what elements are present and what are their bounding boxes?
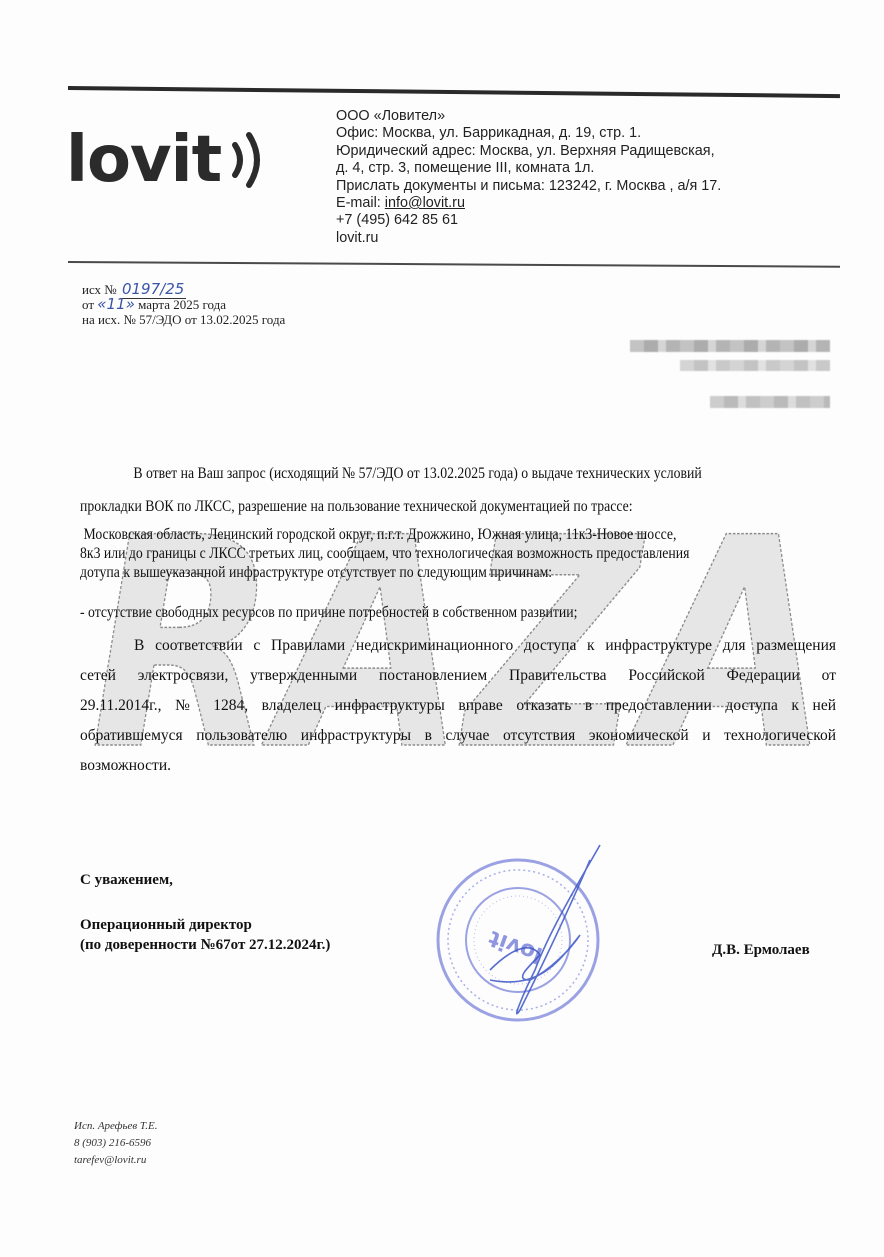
- header-top-rule: [68, 86, 840, 98]
- redacted-recipient-line-3: [710, 396, 830, 408]
- company-details: ООО «Ловител» Офис: Москва, ул. Баррикад…: [336, 108, 721, 247]
- company-website[interactable]: lovit.ru: [336, 230, 721, 247]
- para3-line-4: обратившемуся пользователю инфраструктур…: [80, 721, 836, 751]
- closing-salutation: С уважением,: [80, 872, 173, 889]
- para1-line-1: В ответ на Ваш запрос (исходящий № 57/ЭД…: [80, 464, 837, 484]
- executor-email[interactable]: tarefev@lovit.ru: [74, 1152, 158, 1169]
- para2-line-3: дотупа к вышеуказанной инфраструктуре от…: [80, 563, 837, 582]
- signer-name: Д.В. Ермолаев: [712, 942, 810, 959]
- logo-wordmark: lovit: [66, 128, 221, 192]
- svg-text:lovit: lovit: [485, 925, 546, 967]
- company-logo: lovit: [66, 128, 269, 192]
- header-bottom-rule: [68, 261, 840, 268]
- redacted-recipient-line-2: [680, 360, 830, 371]
- para3-line-3: 29.11.2014г., № 1284, владелец инфрастру…: [80, 691, 836, 721]
- para1-line-2: прокладки ВОК по ЛКСС, разрешение на пол…: [80, 497, 837, 517]
- paragraph-request: В ответ на Ваш запрос (исходящий № 57/ЭД…: [80, 464, 837, 484]
- executor-contact: Исп. Арефьев Т.Е. 8 (903) 216-6596 taref…: [74, 1118, 158, 1169]
- executor-phone: 8 (903) 216-6596: [74, 1135, 158, 1152]
- para2-line-1: Московская область, Ленинский городской …: [80, 525, 837, 544]
- legal-address-line-2: д. 4, стр. 3, помещение III, комната 1л.: [336, 160, 721, 177]
- para3-line-1: В соответствии с Правилами недискриминац…: [80, 631, 836, 661]
- signer-position: Операционный директор: [80, 917, 252, 934]
- date-prefix: от: [82, 297, 94, 312]
- handwritten-day: «11»: [97, 295, 135, 313]
- paragraph-route: Московская область, Ленинский городской …: [80, 525, 837, 582]
- reply-reference: на исх. № 57/ЭДО от 13.02.2025 года: [82, 312, 285, 327]
- company-stamp: lovit: [430, 840, 620, 1030]
- mailing-address: Прислать документы и письма: 123242, г. …: [336, 178, 721, 195]
- refusal-reason: - отсутствие свободных ресурсов по причи…: [80, 603, 837, 622]
- letter-page: lovit ООО «Ловител» Офис: Москва, ул. Ба…: [0, 0, 884, 1257]
- outgoing-reference: исх № 0197/25 от «11» марта 2025 года на…: [82, 282, 285, 327]
- reason-line: - отсутствие свободных ресурсов по причи…: [80, 603, 837, 622]
- office-address: Офис: Москва, ул. Баррикадная, д. 19, ст…: [336, 125, 721, 142]
- company-name: ООО «Ловител»: [336, 108, 721, 125]
- company-phone: +7 (495) 642 85 61: [336, 212, 721, 229]
- signer-authority: (по доверенности №67от 27.12.2024г.): [80, 937, 330, 954]
- executor-name: Исп. Арефьев Т.Е.: [74, 1118, 158, 1135]
- outgoing-date-line: от «11» марта 2025 года: [82, 297, 285, 312]
- paragraph-legal-basis: В соответствии с Правилами недискриминац…: [80, 631, 836, 781]
- date-rest: марта 2025 года: [138, 297, 226, 312]
- email-label: E-mail:: [336, 195, 385, 211]
- para3-line-5: возможности.: [80, 751, 836, 781]
- legal-address-line-1: Юридический адрес: Москва, ул. Верхняя Р…: [336, 143, 721, 160]
- email-link[interactable]: info@lovit.ru: [385, 195, 465, 211]
- paragraph-request-cont: прокладки ВОК по ЛКСС, разрешение на пол…: [80, 497, 837, 517]
- sound-waves-icon: [229, 129, 269, 191]
- para3-line-2: сетей электросвязи, утвержденными постан…: [80, 661, 836, 691]
- email-line: E-mail: info@lovit.ru: [336, 195, 721, 212]
- redacted-recipient-line-1: [630, 340, 830, 352]
- para2-line-2: 8к3 или до границы с ЛКСС третьих лиц, с…: [80, 544, 837, 563]
